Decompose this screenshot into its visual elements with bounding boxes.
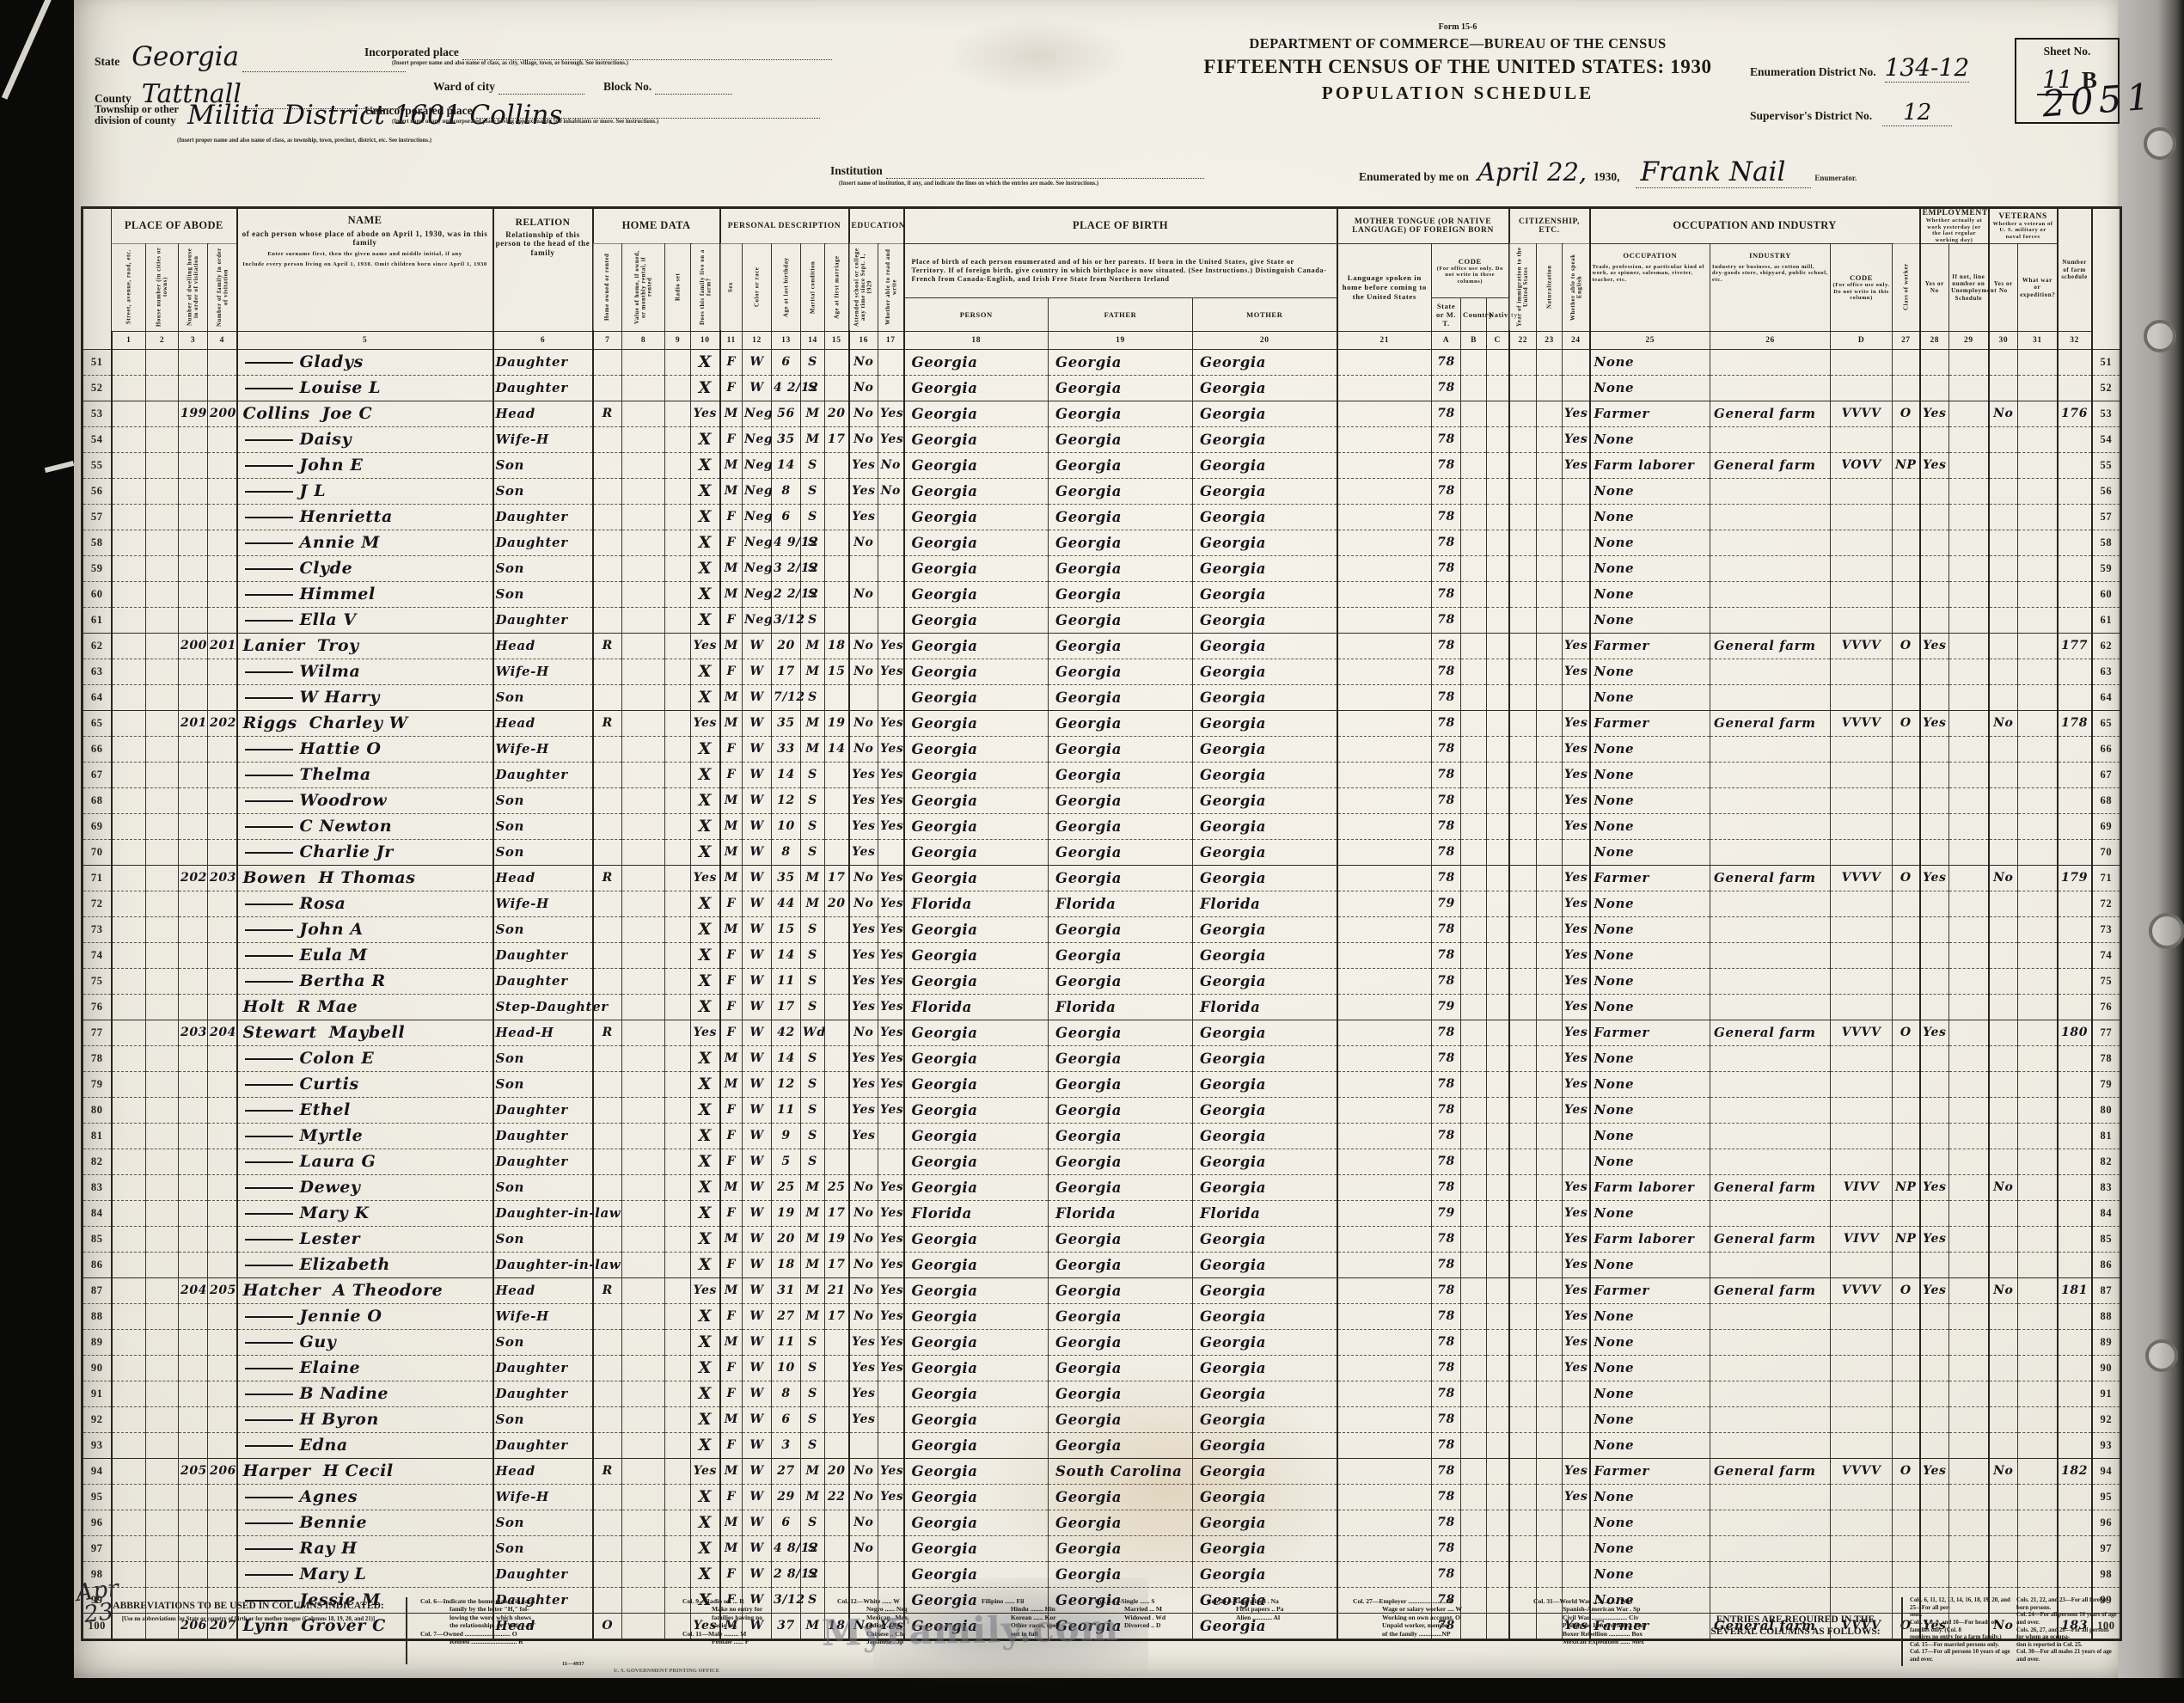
cell-fsched-97 — [2058, 1535, 2092, 1561]
cell-radio-63 — [665, 659, 691, 684]
cell-cB-58 — [1461, 530, 1487, 555]
cell-fam-74 — [208, 942, 237, 968]
cell-bp-56: Georgia — [904, 478, 1049, 504]
cell-cA-78: 78 — [1432, 1045, 1461, 1071]
cell-bp-77: Georgia — [904, 1020, 1049, 1045]
cell-cls27-72 — [1893, 891, 1920, 916]
group-home-data: HOME DATA — [593, 208, 720, 244]
col-number-23: 23 — [1537, 331, 1563, 349]
cell-own-85 — [593, 1226, 622, 1252]
cell-cC-85 — [1487, 1226, 1509, 1252]
cell-house-57 — [146, 504, 179, 530]
cell-mar-54: M — [801, 426, 825, 452]
cell-rw-66: Yes — [878, 736, 904, 762]
cell-eng-72: Yes — [1563, 891, 1590, 916]
cell-cls27-81 — [1893, 1123, 1920, 1149]
cell-vet-51 — [1989, 349, 2018, 375]
cell-bf-62: Georgia — [1049, 633, 1193, 659]
cell-rel-80: Daughter — [493, 1097, 593, 1123]
cell-fsched-79 — [2058, 1071, 2092, 1097]
cell-bp-86: Georgia — [904, 1252, 1049, 1277]
cell-rel-69: Son — [493, 813, 593, 839]
cell-eng-59 — [1563, 555, 1590, 581]
cell-cls27-61 — [1893, 607, 1920, 633]
cell-agem-79 — [825, 1071, 849, 1097]
cell-eng-84: Yes — [1563, 1200, 1590, 1226]
table-row-line-58: 58Annie MDaughterXFNeg4 9/12SNoGeorgiaGe… — [83, 530, 2121, 555]
cell-cC-65 — [1487, 710, 1509, 736]
cell-eng-75: Yes — [1563, 968, 1590, 994]
cell-rel-97: Son — [493, 1535, 593, 1561]
cell-eng-87: Yes — [1563, 1277, 1590, 1303]
cell-rn-74: 74 — [2092, 942, 2121, 968]
cell-cA-98: 78 — [1432, 1561, 1461, 1587]
cell-c23-64 — [1537, 684, 1563, 710]
cell-cC-51 — [1487, 349, 1509, 375]
cell-rw-74: Yes — [878, 942, 904, 968]
cell-fsched-73 — [2058, 916, 2092, 942]
given-name: Bennie — [300, 1513, 368, 1532]
cell-c23-97 — [1537, 1535, 1563, 1561]
table-row-line-90: 90ElaineDaughterXFW10SYesYesGeorgiaGeorg… — [83, 1355, 2121, 1381]
cell-bf-61: Georgia — [1049, 607, 1193, 633]
cell-cA-73: 78 — [1432, 916, 1461, 942]
cell-farm-51: X — [691, 349, 720, 375]
department-title: DEPARTMENT OF COMMERCE—BUREAU OF THE CEN… — [1080, 35, 1836, 52]
cell-farm-90: X — [691, 1355, 720, 1381]
cell-eng-63: Yes — [1563, 659, 1590, 684]
cell-farm-55: X — [691, 452, 720, 478]
cell-dwell-91 — [179, 1381, 208, 1406]
cell-house-64 — [146, 684, 179, 710]
cell-vet-69 — [1989, 813, 2018, 839]
cell-dwell-93 — [179, 1432, 208, 1458]
cell-house-80 — [146, 1097, 179, 1123]
cell-val-65 — [622, 710, 665, 736]
cell-house-93 — [146, 1432, 179, 1458]
cell-eng-62: Yes — [1563, 633, 1590, 659]
form-number: Form 15-6 — [1080, 22, 1836, 32]
cell-rel-78: Son — [493, 1045, 593, 1071]
cell-cC-96 — [1487, 1510, 1509, 1535]
cell-emp-60 — [1920, 581, 1949, 607]
cell-name-68: Woodrow — [237, 787, 493, 813]
cell-street-92 — [112, 1406, 146, 1432]
cell-war-84 — [2018, 1200, 2058, 1226]
cell-ind-66 — [1710, 736, 1831, 762]
cell-rel-84: Daughter-in-law — [493, 1200, 593, 1226]
cell-bm-98: Georgia — [1193, 1561, 1337, 1587]
cell-bp-57: Georgia — [904, 504, 1049, 530]
cell-age-85: 20 — [772, 1226, 801, 1252]
cell-cls27-71: O — [1893, 865, 1920, 891]
given-name: Wilma — [300, 662, 361, 681]
cell-fam-53: 200 — [208, 401, 237, 426]
given-name: Guy — [300, 1332, 337, 1351]
cell-c23-60 — [1537, 581, 1563, 607]
ditto-dash — [245, 904, 293, 905]
cell-street-90 — [112, 1355, 146, 1381]
cell-race-52: W — [743, 375, 772, 401]
cell-radio-62 — [665, 633, 691, 659]
cell-house-72 — [146, 891, 179, 916]
cell-bf-80: Georgia — [1049, 1097, 1193, 1123]
cell-cls27-93 — [1893, 1432, 1920, 1458]
cell-radio-64 — [665, 684, 691, 710]
cell-sch-87: No — [849, 1277, 878, 1303]
cell-rw-60 — [878, 581, 904, 607]
cell-cA-51: 78 — [1432, 349, 1461, 375]
cell-cA-55: 78 — [1432, 452, 1461, 478]
col-naturalization-header: Naturalization — [1537, 243, 1563, 331]
ditto-dash — [245, 517, 293, 518]
cell-val-78 — [622, 1045, 665, 1071]
cell-fsched-89 — [2058, 1329, 2092, 1355]
cell-race-92: W — [743, 1406, 772, 1432]
form-title-block: Form 15-6 DEPARTMENT OF COMMERCE—BUREAU … — [1080, 22, 1836, 104]
cell-bm-53: Georgia — [1193, 401, 1337, 426]
cell-race-76: W — [743, 994, 772, 1020]
cell-fam-60 — [208, 581, 237, 607]
col-radio-header: Radio set — [665, 243, 691, 331]
cell-radio-71 — [665, 865, 691, 891]
cell-sch-80: Yes — [849, 1097, 878, 1123]
table-row-line-55: 55John ESonXMNeg14SYesNoGeorgiaGeorgiaGe… — [83, 452, 2121, 478]
cell-sch-79: Yes — [849, 1071, 878, 1097]
cell-bf-75: Georgia — [1049, 968, 1193, 994]
cell-fsched-95 — [2058, 1484, 2092, 1510]
surname: Stewart — [243, 1023, 317, 1042]
cell-name-85: Lester — [237, 1226, 493, 1252]
cell-fam-59 — [208, 555, 237, 581]
cell-c23-85 — [1537, 1226, 1563, 1252]
cell-lang-66 — [1337, 736, 1432, 762]
cell-sex-93: F — [720, 1432, 743, 1458]
cell-bp-97: Georgia — [904, 1535, 1049, 1561]
cell-bf-57: Georgia — [1049, 504, 1193, 530]
print-code: 11—4937 — [562, 1661, 584, 1667]
cell-lang-91 — [1337, 1381, 1432, 1406]
cell-agem-51 — [825, 349, 849, 375]
cell-rw-67: Yes — [878, 762, 904, 787]
cell-bf-66: Georgia — [1049, 736, 1193, 762]
census-page: State Georgia County Tattnall Township o… — [74, 0, 2118, 1678]
cell-dwell-83 — [179, 1174, 208, 1200]
cell-dwell-52 — [179, 375, 208, 401]
cell-vet-80 — [1989, 1097, 2018, 1123]
township-note: (Insert proper name and also name of cla… — [177, 138, 431, 144]
cell-own-66 — [593, 736, 622, 762]
cell-cB-70 — [1461, 839, 1487, 865]
cell-c23-94 — [1537, 1458, 1563, 1484]
cell-cB-52 — [1461, 375, 1487, 401]
cell-ind-94: General farm — [1710, 1458, 1831, 1484]
cell-c22-87 — [1509, 1277, 1537, 1303]
cell-fam-93 — [208, 1432, 237, 1458]
cell-radio-52 — [665, 375, 691, 401]
cell-occ-65: Farmer — [1590, 710, 1710, 736]
cell-cls27-67 — [1893, 762, 1920, 787]
cell-cD-95 — [1831, 1484, 1893, 1510]
cell-bm-75: Georgia — [1193, 968, 1337, 994]
col-number-9: 9 — [665, 331, 691, 349]
col-speak-english-header: Whether able to speak English — [1563, 243, 1590, 331]
cell-sex-63: F — [720, 659, 743, 684]
cell-age-81: 9 — [772, 1123, 801, 1149]
cell-vet-79 — [1989, 1071, 2018, 1097]
entries-line: sons. — [1910, 1612, 2011, 1620]
cell-fsched-59 — [2058, 555, 2092, 581]
cell-sex-97: M — [720, 1535, 743, 1561]
cell-ind-54 — [1710, 426, 1831, 452]
cell-c29-64 — [1949, 684, 1989, 710]
cell-agem-61 — [825, 607, 849, 633]
cell-radio-51 — [665, 349, 691, 375]
cell-occ-60: None — [1590, 581, 1710, 607]
entries-line: Col. 24—For all persons 10 years of age … — [2016, 1612, 2118, 1626]
col-read-write-header: Whether able to read and write — [878, 243, 904, 331]
given-name: B Nadine — [300, 1384, 389, 1403]
cell-bp-68: Georgia — [904, 787, 1049, 813]
cell-c22-86 — [1509, 1252, 1537, 1277]
cell-age-80: 11 — [772, 1097, 801, 1123]
table-row-line-62: 62200201LanierTroyHeadRYesMW20M18NoYesGe… — [83, 633, 2121, 659]
given-name: Laura G — [300, 1152, 376, 1171]
cell-c22-94 — [1509, 1458, 1537, 1484]
cell-cA-86: 78 — [1432, 1252, 1461, 1277]
cell-vet-73 — [1989, 916, 2018, 942]
line-number-column-header — [83, 208, 112, 350]
cell-house-92 — [146, 1406, 179, 1432]
cell-emp-65: Yes — [1920, 710, 1949, 736]
cell-farm-94: Yes — [691, 1458, 720, 1484]
cell-bp-72: Florida — [904, 891, 1049, 916]
cell-eng-73: Yes — [1563, 916, 1590, 942]
col-home-value-header: Value of home, if owned, or monthly rent… — [622, 243, 665, 331]
table-row-line-81: 81MyrtleDaughterXFW9SYesGeorgiaGeorgiaGe… — [83, 1123, 2121, 1149]
cell-dwell-84 — [179, 1200, 208, 1226]
cell-emp-52 — [1920, 375, 1949, 401]
cell-bf-87: Georgia — [1049, 1277, 1193, 1303]
table-row-line-77: 77203204StewartMaybellHead-HRYesFW42WdNo… — [83, 1020, 2121, 1045]
col-number-27: 27 — [1893, 331, 1920, 349]
cell-war-95 — [2018, 1484, 2058, 1510]
cell-fam-68 — [208, 787, 237, 813]
table-row-line-54: 54DaisyWife-HXFNeg35M17NoYesGeorgiaGeorg… — [83, 426, 2121, 452]
cell-sch-68: Yes — [849, 787, 878, 813]
cell-name-61: Ella V — [237, 607, 493, 633]
cell-mar-69: S — [801, 813, 825, 839]
cell-c23-93 — [1537, 1432, 1563, 1458]
cell-cD-57 — [1831, 504, 1893, 530]
given-name: Dewey — [300, 1178, 361, 1197]
cell-sch-86: No — [849, 1252, 878, 1277]
table-row-line-51: 51GladysDaughterXFW6SNoGeorgiaGeorgiaGeo… — [83, 349, 2121, 375]
cell-bf-68: Georgia — [1049, 787, 1193, 813]
cell-street-76 — [112, 994, 146, 1020]
cell-rw-96 — [878, 1510, 904, 1535]
cell-bm-73: Georgia — [1193, 916, 1337, 942]
cell-mar-95: M — [801, 1484, 825, 1510]
cell-emp-95 — [1920, 1484, 1949, 1510]
state-value: Georgia — [132, 41, 239, 72]
cell-fsched-60 — [2058, 581, 2092, 607]
cell-radio-69 — [665, 813, 691, 839]
cell-cC-95 — [1487, 1484, 1509, 1510]
given-name: Lester — [300, 1229, 361, 1248]
cell-val-71 — [622, 865, 665, 891]
cell-house-76 — [146, 994, 179, 1020]
cell-rw-79: Yes — [878, 1071, 904, 1097]
cell-radio-86 — [665, 1252, 691, 1277]
cell-age-95: 29 — [772, 1484, 801, 1510]
cell-val-52 — [622, 375, 665, 401]
cell-c23-53 — [1537, 401, 1563, 426]
cell-ind-58 — [1710, 530, 1831, 555]
cell-lang-83 — [1337, 1174, 1432, 1200]
cell-ln-84: 84 — [83, 1200, 112, 1226]
cell-cD-62: VVVV — [1831, 633, 1893, 659]
cell-street-88 — [112, 1303, 146, 1329]
cell-sch-65: No — [849, 710, 878, 736]
cell-lang-69 — [1337, 813, 1432, 839]
cell-c22-56 — [1509, 478, 1537, 504]
col-farm-schedule-header: Number of farm schedule — [2058, 208, 2092, 332]
cell-radio-73 — [665, 916, 691, 942]
cell-cA-97: 78 — [1432, 1535, 1461, 1561]
cell-house-87 — [146, 1277, 179, 1303]
cell-val-53 — [622, 401, 665, 426]
col-number-25: 25 — [1590, 331, 1710, 349]
cell-c23-69 — [1537, 813, 1563, 839]
cell-lang-61 — [1337, 607, 1432, 633]
cell-fam-84 — [208, 1200, 237, 1226]
cell-cA-74: 78 — [1432, 942, 1461, 968]
cell-val-72 — [622, 891, 665, 916]
cell-rel-64: Son — [493, 684, 593, 710]
cell-war-54 — [2018, 426, 2058, 452]
hole-punch-4 — [2145, 1339, 2178, 1372]
print-office: U. S. GOVERNMENT PRINTING OFFICE — [614, 1668, 719, 1674]
group-mother-tongue: MOTHER TONGUE (OR NATIVE LANGUAGE) OF FO… — [1337, 208, 1509, 244]
given-name: Mary L — [300, 1565, 367, 1584]
table-row-line-53: 53199200CollinsJoe CHeadRYesMNeg56M20NoY… — [83, 401, 2121, 426]
cell-lang-77 — [1337, 1020, 1432, 1045]
cell-mar-77: Wd — [801, 1020, 825, 1045]
cell-vet-75 — [1989, 968, 2018, 994]
cell-name-96: Bennie — [237, 1510, 493, 1535]
cell-emp-73 — [1920, 916, 1949, 942]
cell-name-74: Eula M — [237, 942, 493, 968]
cell-cD-71: VVVV — [1831, 865, 1893, 891]
cell-ind-62: General farm — [1710, 633, 1831, 659]
cell-cB-75 — [1461, 968, 1487, 994]
cell-occ-69: None — [1590, 813, 1710, 839]
ditto-dash — [245, 1419, 293, 1421]
cell-bf-78: Georgia — [1049, 1045, 1193, 1071]
cell-sex-81: F — [720, 1123, 743, 1149]
cell-c23-80 — [1537, 1097, 1563, 1123]
cell-ind-92 — [1710, 1406, 1831, 1432]
cell-c29-61 — [1949, 607, 1989, 633]
institution-line — [886, 178, 1204, 179]
cell-age-68: 12 — [772, 787, 801, 813]
cell-c22-75 — [1509, 968, 1537, 994]
cell-ind-80 — [1710, 1097, 1831, 1123]
cell-cA-64: 78 — [1432, 684, 1461, 710]
cell-occ-84: None — [1590, 1200, 1710, 1226]
cell-radio-89 — [665, 1329, 691, 1355]
table-row-line-79: 79CurtisSonXMW12SYesYesGeorgiaGeorgiaGeo… — [83, 1071, 2121, 1097]
cell-occ-77: Farmer — [1590, 1020, 1710, 1045]
abbr-line: Boxer Rebellion ............. Box — [1533, 1630, 1645, 1638]
cell-emp-86 — [1920, 1252, 1949, 1277]
cell-occ-85: Farm laborer — [1590, 1226, 1710, 1252]
col-number-13: 13 — [772, 331, 801, 349]
cell-bf-85: Georgia — [1049, 1226, 1193, 1252]
given-name: Troy — [317, 636, 359, 655]
cell-c22-51 — [1509, 349, 1537, 375]
cell-c23-98 — [1537, 1561, 1563, 1587]
cell-bm-62: Georgia — [1193, 633, 1337, 659]
abbr-line: lowing the word which shows — [420, 1614, 536, 1621]
cell-bf-63: Georgia — [1049, 659, 1193, 684]
cell-bm-76: Florida — [1193, 994, 1337, 1020]
cell-race-86: W — [743, 1252, 772, 1277]
cell-rn-73: 73 — [2092, 916, 2121, 942]
cell-cC-52 — [1487, 375, 1509, 401]
cell-eng-58 — [1563, 530, 1590, 555]
cell-lang-80 — [1337, 1097, 1432, 1123]
cell-radio-66 — [665, 736, 691, 762]
cell-c29-89 — [1949, 1329, 1989, 1355]
cell-bm-56: Georgia — [1193, 478, 1337, 504]
abbr-line: Col. 11—Male ......... M — [682, 1630, 762, 1638]
surname: Holt — [243, 997, 285, 1016]
cell-ln-78: 78 — [83, 1045, 112, 1071]
cell-ind-65: General farm — [1710, 710, 1831, 736]
cell-rn-81: 81 — [2092, 1123, 2121, 1149]
cell-c23-91 — [1537, 1381, 1563, 1406]
cell-own-51 — [593, 349, 622, 375]
cell-sex-87: M — [720, 1277, 743, 1303]
cell-c29-75 — [1949, 968, 1989, 994]
cell-ln-91: 91 — [83, 1381, 112, 1406]
cell-age-55: 14 — [772, 452, 801, 478]
cell-ln-65: 65 — [83, 710, 112, 736]
col-number-D: D — [1831, 331, 1893, 349]
ward-label: Ward of city — [433, 80, 495, 93]
cell-bp-70: Georgia — [904, 839, 1049, 865]
cell-street-79 — [112, 1071, 146, 1097]
col-number-31: 31 — [2018, 331, 2058, 349]
cell-c22-67 — [1509, 762, 1537, 787]
cell-age-74: 14 — [772, 942, 801, 968]
cell-fam-82 — [208, 1149, 237, 1174]
cell-sex-60: M — [720, 581, 743, 607]
cell-bp-90: Georgia — [904, 1355, 1049, 1381]
cell-c29-70 — [1949, 839, 1989, 865]
cell-street-57 — [112, 504, 146, 530]
cell-radio-87 — [665, 1277, 691, 1303]
cell-dwell-56 — [179, 478, 208, 504]
cell-mar-84: M — [801, 1200, 825, 1226]
cell-sch-62: No — [849, 633, 878, 659]
cell-race-88: W — [743, 1303, 772, 1329]
cell-occ-53: Farmer — [1590, 401, 1710, 426]
col-race-header: Color or race — [743, 243, 772, 331]
cell-emp-57 — [1920, 504, 1949, 530]
